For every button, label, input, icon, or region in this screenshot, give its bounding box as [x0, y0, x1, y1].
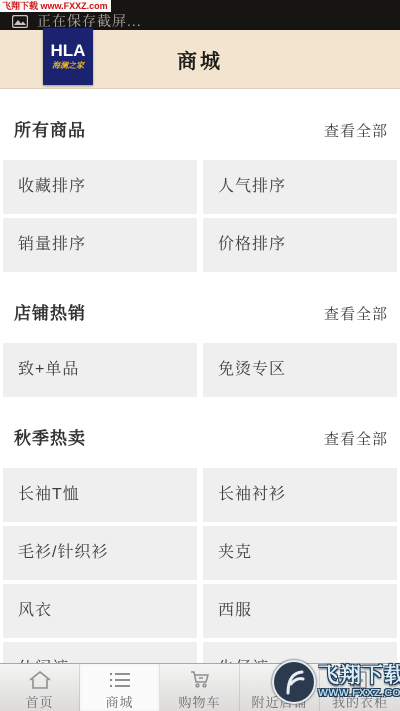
category-cell[interactable]: 毛衫/针织衫	[3, 526, 197, 580]
section-title: 秋季热卖	[14, 424, 86, 449]
category-grid: 致+单品 免烫专区	[3, 343, 397, 397]
tab-mall[interactable]: 商城	[80, 664, 160, 711]
section-header: 秋季热卖 查看全部	[0, 397, 400, 468]
hla-logo: HLA 海澜之家	[43, 28, 93, 85]
section-header: 店铺热销 查看全部	[0, 272, 400, 343]
category-cell[interactable]: 销量排序	[3, 218, 197, 272]
watermark-badge: 飞翔下载 WWW.FXXZ.COM	[272, 659, 399, 705]
watermark-logo-icon	[272, 660, 316, 704]
tab-label: 首页	[25, 692, 53, 711]
cart-icon	[188, 669, 212, 691]
tab-label: 商城	[105, 692, 133, 711]
hla-logo-text: HLA	[51, 42, 86, 60]
list-icon	[108, 669, 132, 691]
watermark-url: WWW.FXXZ.COM	[318, 688, 400, 699]
category-cell[interactable]: 致+单品	[3, 343, 197, 397]
view-all-link[interactable]: 查看全部	[324, 428, 388, 449]
app-header: HLA 海澜之家 商城	[0, 30, 400, 89]
section-all-products: 所有商品 查看全部 收藏排序 人气排序 销量排序 价格排序	[0, 89, 400, 272]
page-title: 商城	[177, 45, 223, 74]
view-all-link[interactable]: 查看全部	[324, 120, 388, 141]
view-all-link[interactable]: 查看全部	[324, 303, 388, 324]
watermark-texts: 飞翔下载 WWW.FXXZ.COM	[318, 665, 400, 699]
screenshot-image-icon	[12, 15, 28, 28]
watermark-title: 飞翔下载	[318, 665, 400, 686]
tab-label: 购物车	[178, 692, 220, 711]
top-watermark: 飞翔下载 www.FXXZ.com	[0, 0, 111, 12]
tab-cart[interactable]: 购物车	[160, 664, 240, 711]
section-title: 店铺热销	[14, 299, 86, 324]
category-cell[interactable]: 人气排序	[203, 160, 397, 214]
category-cell[interactable]: 收藏排序	[3, 160, 197, 214]
category-cell[interactable]: 西服	[203, 584, 397, 638]
hla-logo-subtext: 海澜之家	[52, 61, 84, 71]
section-title: 所有商品	[14, 116, 86, 141]
home-icon	[28, 669, 52, 691]
category-cell[interactable]: 价格排序	[203, 218, 397, 272]
section-autumn-hot: 秋季热卖 查看全部 长袖T恤 长袖衬衫 毛衫/针织衫 夹克 风衣 西服 休闲裤 …	[0, 397, 400, 696]
section-header: 所有商品 查看全部	[0, 89, 400, 160]
category-cell[interactable]: 长袖T恤	[3, 468, 197, 522]
status-bar: 飞翔下载 www.FXXZ.com 正在保存截屏...	[0, 0, 400, 30]
category-cell[interactable]: 风衣	[3, 584, 197, 638]
category-cell[interactable]: 夹克	[203, 526, 397, 580]
category-cell[interactable]: 长袖衬衫	[203, 468, 397, 522]
category-cell[interactable]: 免烫专区	[203, 343, 397, 397]
tab-home[interactable]: 首页	[0, 664, 80, 711]
category-grid: 收藏排序 人气排序 销量排序 价格排序	[3, 160, 397, 272]
section-shop-hot: 店铺热销 查看全部 致+单品 免烫专区	[0, 272, 400, 397]
